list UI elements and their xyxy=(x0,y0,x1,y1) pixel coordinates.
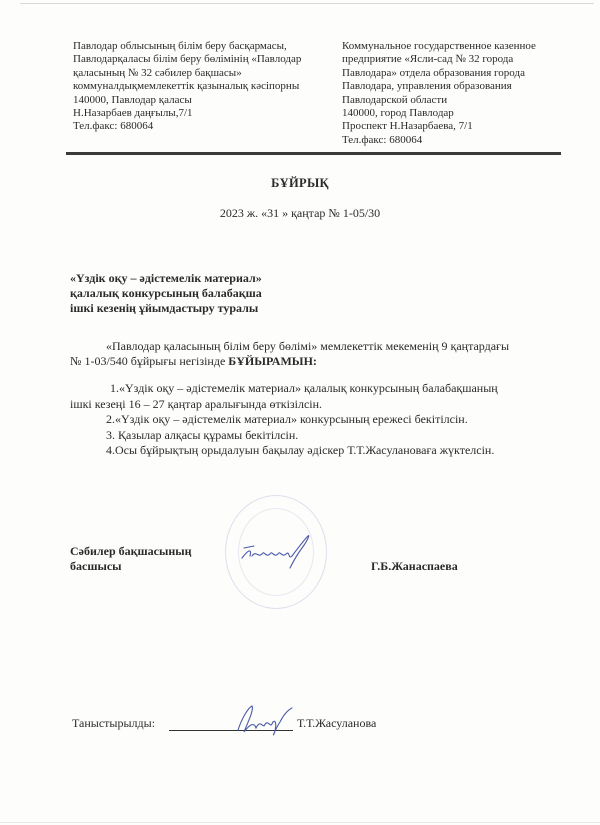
header-divider xyxy=(66,152,561,155)
ack-label: Таныстырылды: xyxy=(72,716,155,731)
header-line: Проспект Н.Назарбаева, 7/1 xyxy=(342,120,582,133)
order-item-1-cont: ішкі кезеңі 16 – 27 қаңтар аралығында өт… xyxy=(70,397,590,413)
header-kazakh: Павлодар облысының білім беру басқармасы… xyxy=(73,40,343,134)
document-title: БҰЙРЫҚ xyxy=(0,176,600,191)
header-line: 140000, Павлодар қаласы xyxy=(73,94,343,107)
order-item-3: 3. Қазылар алқасы құрамы бекітілсін. xyxy=(70,428,590,444)
preamble-line: № 1-03/540 бұйрығы негізінде БҰЙЫРАМЫН: xyxy=(70,354,590,369)
order-item-2: 2.«Үздік оқу – әдістемелік материал» кон… xyxy=(70,412,590,428)
order-item-4: 4.Осы бұйрықтың орыдалуын бақылау әдіске… xyxy=(70,443,590,459)
signature-ack-icon xyxy=(228,700,298,738)
header-line: 140000, город Павлодар xyxy=(342,107,582,120)
head-position-line: Сәбилер бақшасының xyxy=(70,544,192,559)
signature-head-icon xyxy=(238,530,318,570)
head-name: Г.Б.Жанаспаева xyxy=(371,559,458,574)
subject-line: ішкі кезенің ұйымдастыру туралы xyxy=(70,301,350,316)
acknowledgement-line: Таныстырылды: Т.Т.Жасуланова xyxy=(72,716,376,731)
page-edge xyxy=(0,822,600,823)
header-russian: Коммунальное государственное казенное пр… xyxy=(342,40,582,147)
ack-name: Т.Т.Жасуланова xyxy=(297,716,376,731)
header-line: Павлодарқаласы білім беру бөлімінің «Пав… xyxy=(73,53,343,66)
page-edge xyxy=(20,3,594,4)
header-line: Н.Назарбаев даңғылы,7/1 xyxy=(73,107,343,120)
header-line: Коммунальное государственное казенное xyxy=(342,40,582,53)
order-items: 1.«Үздік оқу – әдістемелік материал» қал… xyxy=(70,381,590,459)
header-line: Тел.факс: 680064 xyxy=(73,120,343,133)
header-line: предприятие «Ясли-сад № 32 города xyxy=(342,53,582,66)
header-line: Павлодара, управления образования xyxy=(342,80,582,93)
preamble-line: «Павлодар қаласының білім беру бөлімі» м… xyxy=(70,339,590,354)
order-subject: «Үздік оқу – әдістемелік материал» қалал… xyxy=(70,271,350,316)
subject-line: «Үздік оқу – әдістемелік материал» xyxy=(70,271,350,286)
header-line: Павлодара» отдела образования города xyxy=(342,67,582,80)
order-item-1: 1.«Үздік оқу – әдістемелік материал» қал… xyxy=(70,381,590,397)
header-line: Павлодарской области xyxy=(342,94,582,107)
preamble: «Павлодар қаласының білім беру бөлімі» м… xyxy=(70,339,590,368)
order-date-number: 2023 ж. «31 » қаңтар № 1-05/30 xyxy=(0,206,600,221)
order-keyword: БҰЙЫРАМЫН: xyxy=(228,354,317,368)
preamble-basis: № 1-03/540 бұйрығы негізінде xyxy=(70,354,228,368)
subject-line: қалалық конкурсының балабақша xyxy=(70,286,350,301)
header-line: коммуналдықмемлекеттік қазыналық кәсіпор… xyxy=(73,80,343,93)
header-line: Тел.факс: 680064 xyxy=(342,134,582,147)
head-position-line: басшысы xyxy=(70,559,192,574)
header-line: Павлодар облысының білім беру басқармасы… xyxy=(73,40,343,53)
header-line: қаласының № 32 сәбилер бақшасы» xyxy=(73,67,343,80)
head-position-label: Сәбилер бақшасының басшысы xyxy=(70,544,192,574)
